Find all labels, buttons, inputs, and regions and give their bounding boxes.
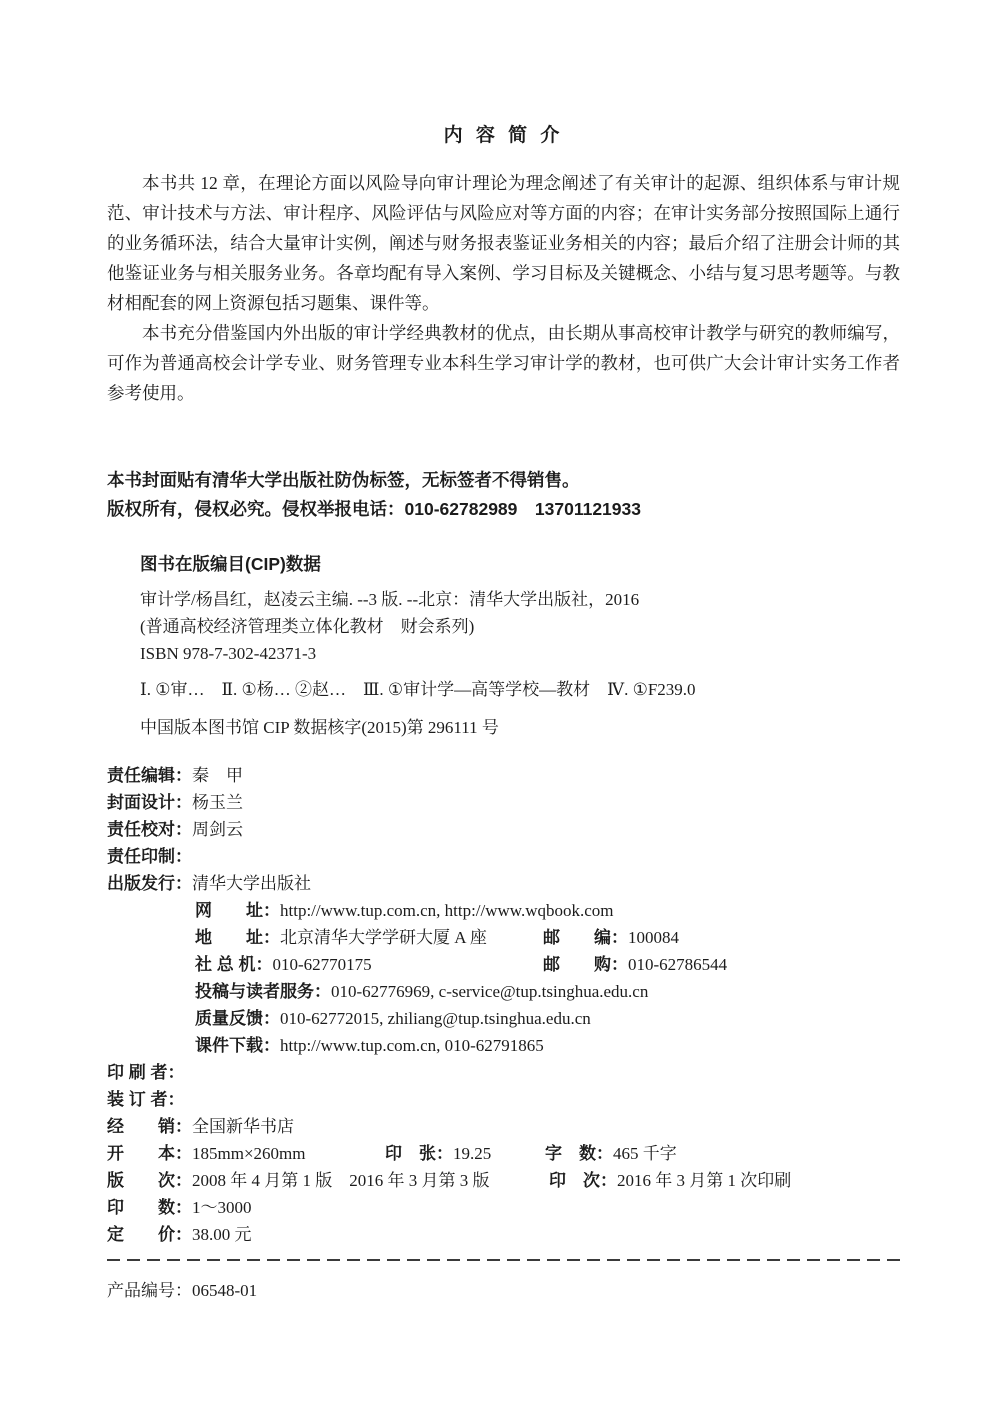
publisher-label: 出版发行：	[107, 870, 192, 897]
impression-label: 印 次：	[549, 1171, 617, 1190]
contact-row-reader-service: 投稿与读者服务：010-62776969, c-service@tup.tsin…	[195, 978, 900, 1005]
cip-title-line: 审计学/杨昌红，赵凌云主编. --3 版. --北京：清华大学出版社，2016	[140, 586, 900, 613]
zip-value: 100084	[628, 928, 679, 947]
rights-notice: 版权所有，侵权必究。侵权举报电话：010-62782989 1370112193…	[107, 495, 900, 524]
word-count-label: 字 数：	[545, 1144, 613, 1163]
editor-value: 秦 甲	[192, 762, 243, 789]
printing-row-binder: 装 订 者：	[107, 1086, 900, 1113]
zip-cell: 邮 编：100084	[543, 924, 679, 951]
switchboard-cell: 社 总 机：010-62770175	[195, 951, 543, 978]
cip-header: 图书在版编目(CIP)数据	[140, 553, 900, 575]
credit-row-cover-design: 封面设计：杨玉兰	[107, 789, 900, 816]
credit-row-editor: 责任编辑：秦 甲	[107, 762, 900, 789]
website-label: 网 址：	[195, 897, 280, 924]
anti-counterfeit-notice: 本书封面贴有清华大学出版社防伪标签，无标签者不得销售。	[107, 466, 900, 495]
price-value: 38.00 元	[192, 1221, 252, 1248]
word-count-cell: 字 数：465 千字	[545, 1140, 677, 1167]
page-title: 内 容 简 介	[107, 120, 900, 147]
printing-row-printer: 印 刷 者：	[107, 1059, 900, 1086]
dashed-divider	[107, 1259, 900, 1261]
printing-row-distributor: 经 销：全国新华书店	[107, 1113, 900, 1140]
cip-description: 审计学/杨昌红，赵凌云主编. --3 版. --北京：清华大学出版社，2016 …	[140, 586, 900, 667]
contact-row-address: 地 址：北京清华大学学研大厦 A 座 邮 编：100084	[195, 924, 900, 951]
quality-feedback-value: 010-62772015, zhiliang@tup.tsinghua.edu.…	[280, 1005, 591, 1032]
cip-classification: Ⅰ. ①审… Ⅱ. ①杨… ②赵… Ⅲ. ①审计学—高等学校—教材 Ⅳ. ①F2…	[140, 678, 900, 702]
word-count-value: 465 千字	[613, 1144, 677, 1163]
distributor-value: 全国新华书店	[192, 1113, 294, 1140]
editor-label: 责任编辑：	[107, 762, 192, 789]
edition-label: 版 次：	[107, 1167, 192, 1194]
print-run-value: 1～3000	[192, 1194, 252, 1221]
cip-block: 图书在版编目(CIP)数据 审计学/杨昌红，赵凌云主编. --3 版. --北京…	[140, 553, 900, 740]
sheets-cell: 印 张：19.25	[385, 1140, 545, 1167]
binder-label: 装 订 者：	[107, 1086, 184, 1113]
contact-row-quality-feedback: 质量反馈：010-62772015, zhiliang@tup.tsinghua…	[195, 1005, 900, 1032]
cip-record-number: 中国版本图书馆 CIP 数据核字(2015)第 296111 号	[140, 716, 900, 740]
courseware-download-label: 课件下载：	[195, 1032, 280, 1059]
printer-label: 印 刷 者：	[107, 1059, 184, 1086]
cover-design-label: 封面设计：	[107, 789, 192, 816]
contact-row-courseware-download: 课件下载：http://www.tup.com.cn, 010-62791865	[195, 1032, 900, 1059]
sheets-label: 印 张：	[385, 1140, 453, 1167]
website-value: http://www.tup.com.cn, http://www.wqbook…	[280, 897, 614, 924]
printing-row-price: 定 价：38.00 元	[107, 1221, 900, 1248]
credit-row-publisher: 出版发行：清华大学出版社	[107, 870, 900, 897]
contact-row-website: 网 址：http://www.tup.com.cn, http://www.wq…	[195, 897, 900, 924]
impression-value: 2016 年 3 月第 1 次印刷	[617, 1171, 791, 1190]
printing-row-edition: 版 次：2008 年 4 月第 1 版 2016 年 3 月第 3 版 印 次：…	[107, 1167, 900, 1194]
intro-paragraph-1: 本书共 12 章，在理论方面以风险导向审计理论为理念阐述了有关审计的起源、组织体…	[107, 168, 900, 318]
credit-row-print-supervisor: 责任印制：	[107, 843, 900, 870]
proofreader-label: 责任校对：	[107, 816, 192, 843]
copyright-notices: 本书封面贴有清华大学出版社防伪标签，无标签者不得销售。 版权所有，侵权必究。侵权…	[107, 466, 900, 523]
address-label: 地 址：	[195, 924, 280, 951]
switchboard-label: 社 总 机：	[195, 951, 272, 978]
edition-value: 2008 年 4 月第 1 版 2016 年 3 月第 3 版	[192, 1167, 490, 1194]
edition-cell: 版 次：2008 年 4 月第 1 版 2016 年 3 月第 3 版	[107, 1167, 549, 1194]
address-value: 北京清华大学学研大厦 A 座	[280, 924, 487, 951]
switchboard-value: 010-62770175	[272, 951, 371, 978]
quality-feedback-label: 质量反馈：	[195, 1005, 280, 1032]
printing-row-format: 开 本：185mm×260mm 印 张：19.25 字 数：465 千字	[107, 1140, 900, 1167]
copyright-page: 内 容 简 介 本书共 12 章，在理论方面以风险导向审计理论为理念阐述了有关审…	[0, 0, 1000, 1412]
cip-isbn-line: ISBN 978-7-302-42371-3	[140, 640, 900, 667]
format-label: 开 本：	[107, 1140, 192, 1167]
mail-order-value: 010-62786544	[628, 955, 727, 974]
intro-paragraph-2: 本书充分借鉴国内外出版的审计学经典教材的优点，由长期从事高校审计教学与研究的教师…	[107, 318, 900, 408]
proofreader-value: 周剑云	[192, 816, 243, 843]
product-number-row: 产品编号：06548-01	[107, 1278, 900, 1304]
product-number-label: 产品编号：	[107, 1278, 192, 1304]
courseware-download-value: http://www.tup.com.cn, 010-62791865	[280, 1032, 544, 1059]
reader-service-label: 投稿与读者服务：	[195, 978, 331, 1005]
printing-row-print-run: 印 数：1～3000	[107, 1194, 900, 1221]
distributor-label: 经 销：	[107, 1113, 192, 1140]
cover-design-value: 杨玉兰	[192, 789, 243, 816]
format-cell: 开 本：185mm×260mm	[107, 1140, 385, 1167]
intro-section: 本书共 12 章，在理论方面以风险导向审计理论为理念阐述了有关审计的起源、组织体…	[107, 168, 900, 408]
cip-series-line: (普通高校经济管理类立体化教材 财会系列)	[140, 613, 900, 640]
credit-row-proofreader: 责任校对：周剑云	[107, 816, 900, 843]
credits-section: 责任编辑：秦 甲 封面设计：杨玉兰 责任校对：周剑云 责任印制： 出版发行：清华…	[107, 762, 900, 897]
publisher-value: 清华大学出版社	[192, 870, 311, 897]
impression-cell: 印 次：2016 年 3 月第 1 次印刷	[549, 1167, 791, 1194]
mail-order-cell: 邮 购：010-62786544	[543, 951, 727, 978]
page-content: 内 容 简 介 本书共 12 章，在理论方面以风险导向审计理论为理念阐述了有关审…	[0, 120, 1000, 1304]
print-run-label: 印 数：	[107, 1194, 192, 1221]
zip-label: 邮 编：	[543, 928, 628, 947]
sheets-value: 19.25	[453, 1140, 491, 1167]
product-number-value: 06548-01	[192, 1278, 257, 1304]
format-value: 185mm×260mm	[192, 1140, 305, 1167]
mail-order-label: 邮 购：	[543, 955, 628, 974]
price-label: 定 价：	[107, 1221, 192, 1248]
printing-info-section: 印 刷 者： 装 订 者： 经 销：全国新华书店 开 本：185mm×260mm…	[107, 1059, 900, 1248]
contact-row-switchboard: 社 总 机：010-62770175 邮 购：010-62786544	[195, 951, 900, 978]
address-cell: 地 址：北京清华大学学研大厦 A 座	[195, 924, 543, 951]
print-supervisor-label: 责任印制：	[107, 843, 192, 870]
publisher-contact-section: 网 址：http://www.tup.com.cn, http://www.wq…	[195, 897, 900, 1059]
reader-service-value: 010-62776969, c-service@tup.tsinghua.edu…	[331, 978, 648, 1005]
